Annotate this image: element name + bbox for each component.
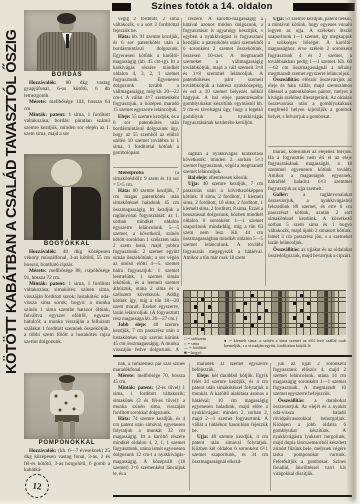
column-rule xyxy=(270,363,271,491)
knitting-chart xyxy=(183,290,346,335)
child-leg xyxy=(70,421,75,439)
bogyokkal-column-2: Méretpróba (a simakötésből): 9 szem és 1… xyxy=(113,171,179,354)
pomponokkal-column-b: maradék 32 szemet egyszerre befejezzük.E… xyxy=(192,362,268,492)
section-rule xyxy=(113,355,352,357)
woman-hair xyxy=(51,159,82,186)
chart-legend: □ = szélszem ○ = sima — = fordított ■ = … xyxy=(184,337,220,355)
bottom-rule xyxy=(113,495,352,497)
magazine-page: KÖTÖTT KABÁTBAN A CSALÁD TAVASZTÓL ŐSZIG… xyxy=(0,0,360,504)
bogyokkal-column-4: marad, kötésünket az elejéhez mérjük. Ha… xyxy=(268,150,352,288)
child-sweater xyxy=(50,390,84,415)
bordas-column-3: részére. A karöltő-magasságig a hátával … xyxy=(183,17,263,148)
header-bar-left xyxy=(112,3,131,11)
photo-pomponokkal-child xyxy=(24,373,110,439)
woman-scarf xyxy=(63,187,71,240)
bordas-column-2: végig 2 fordított, 2 sima váltakozik, s … xyxy=(113,17,179,165)
bordas-column-4: Ujja: 51 szemre kezdjük, patent nélkül, … xyxy=(268,17,352,143)
vertical-headline-text: KÖTÖTT KABÁTBAN A CSALÁD TAVASZTÓL ŐSZIG xyxy=(1,0,23,374)
column-rule xyxy=(189,363,190,491)
child-hair xyxy=(59,375,75,383)
section-divider xyxy=(113,167,178,168)
page-number: 12 xyxy=(32,480,42,491)
chart-legend-note: ● = kiemelt sima: a színén a sima szemet… xyxy=(224,339,346,349)
caption-bogyokkal: BOGYÓKKAL xyxy=(24,241,110,247)
vertical-headline: KÖTÖTT KABÁTBAN A CSALÁD TAVASZTÓL ŐSZIG xyxy=(0,0,23,376)
pomponokkal-column-a: nak, a hímzéshez pár szál színes maradék… xyxy=(113,362,185,492)
column-rule xyxy=(265,18,266,286)
bogyokkal-materials: Hozzávalók: 40 dkg középesen vékony műsz… xyxy=(24,249,110,370)
page-edge-shadow xyxy=(346,0,360,504)
column-rule xyxy=(181,18,182,286)
bordas-materials: Hozzávalók: 80 dkg vastag gyapjúfonal, 6… xyxy=(24,80,110,152)
pomponokkal-column-c: jük az ujját 2 soronként fogyasztani: el… xyxy=(273,362,346,492)
man-hair xyxy=(57,13,76,24)
man-tie xyxy=(66,34,69,48)
section-divider xyxy=(268,146,352,147)
page-header-title: Színes fotók a 14. oldalon xyxy=(132,0,292,14)
caption-bordas: BORDÁS xyxy=(24,72,110,78)
photo-bordas-man xyxy=(24,10,110,71)
caption-pomponokkal: POMPONOKKAL xyxy=(24,440,110,446)
bogyokkal-column-3: ságban a nyakkivágás kialakítása követke… xyxy=(183,152,263,288)
child-leg xyxy=(58,421,63,439)
page-edge-bottom xyxy=(0,498,360,504)
photo-bogyokkal-woman xyxy=(24,154,110,240)
